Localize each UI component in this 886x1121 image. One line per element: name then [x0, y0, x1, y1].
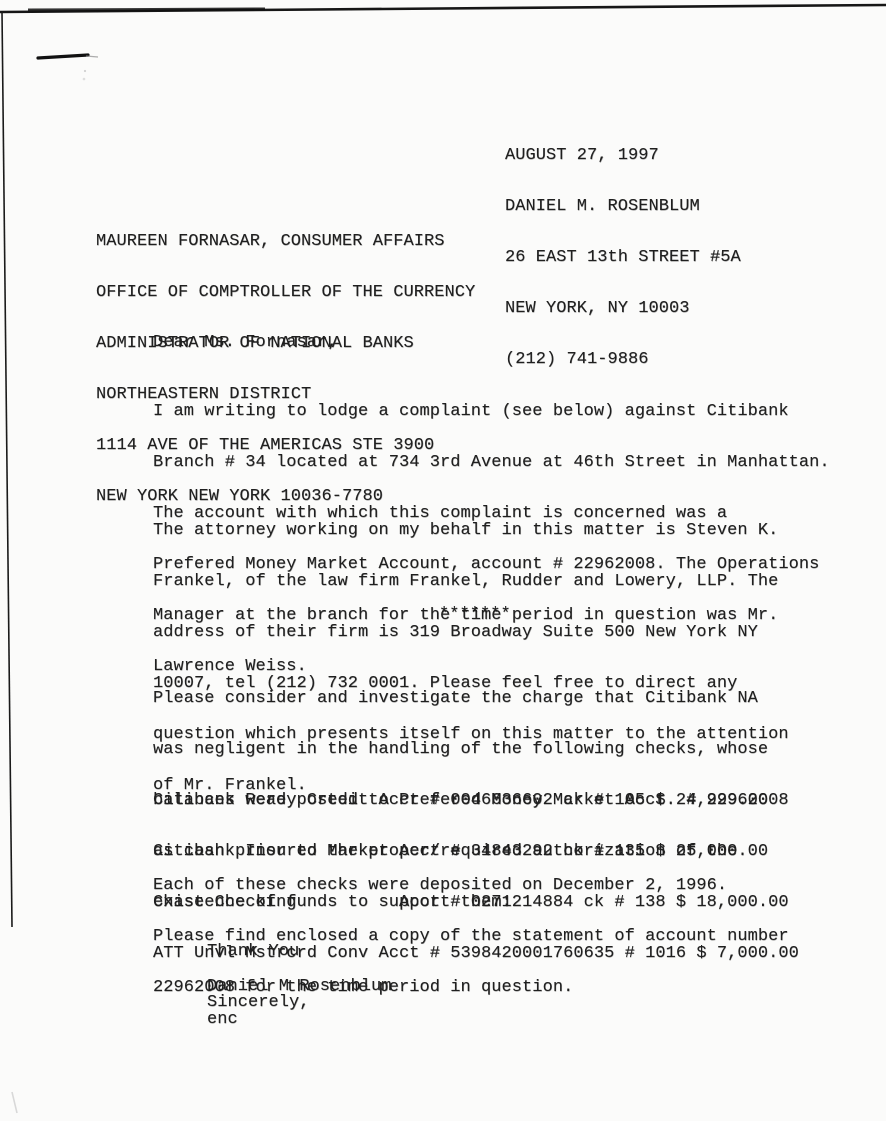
stray-dash-tail — [86, 56, 98, 57]
letter-body: AUGUST 27, 1997 DANIEL M. ROSENBLUM 26 E… — [0, 0, 886, 1121]
scan-top-edge-line — [0, 5, 886, 12]
scanned-letter-page: { "colors": { "paper": "#fbfbfa", "ink":… — [0, 0, 886, 1121]
asterisk-separator: ******* — [439, 606, 511, 623]
sender-street: 26 EAST 13th STREET #5A — [505, 249, 741, 266]
sender-city: NEW YORK, NY 10003 — [505, 300, 741, 317]
scan-top-edge-thick-segment — [28, 9, 265, 10]
sender-block: AUGUST 27, 1997 DANIEL M. ROSENBLUM 26 E… — [505, 113, 741, 402]
signature-name: Daniel M Rosenblum — [207, 978, 392, 995]
letter-line: The attorney working on my behalf in thi… — [153, 522, 789, 539]
letter-line: address of their firm is 319 Broadway Su… — [153, 624, 789, 641]
closing-sincerely: Sincerely, — [207, 994, 310, 1011]
scan-left-edge-line — [2, 12, 12, 927]
letter-line: Each of these checks were deposited on D… — [153, 877, 789, 894]
letter-line: I am writing to lodge a complaint (see b… — [153, 403, 830, 420]
salutation: Dear Ms. Fornasar, — [153, 334, 338, 351]
letter-line: Branch # 34 located at 734 3rd Avenue at… — [153, 454, 830, 471]
letter-line: was negligent in the handling of the fol… — [153, 741, 789, 758]
recipient-name: MAUREEN FORNASAR, CONSUMER AFFAIRS — [96, 233, 475, 250]
sender-name: DANIEL M. ROSENBLUM — [505, 198, 741, 215]
check-row: Citibank Ready Credit Acct # 0046636602 … — [153, 792, 799, 809]
closing-thanks: Thank You — [207, 943, 310, 960]
letter-line: Please consider and investigate the char… — [153, 690, 789, 707]
letter-line: Frankel, of the law firm Frankel, Rudder… — [153, 573, 789, 590]
stray-dot-1 — [84, 70, 86, 72]
date-line: AUGUST 27, 1997 — [505, 147, 741, 164]
enclosure-note: enc — [207, 1011, 238, 1028]
stray-dot-2 — [83, 78, 86, 81]
stray-dash-mark — [38, 55, 88, 58]
bottom-left-smudge — [12, 1092, 17, 1113]
recipient-office: OFFICE OF COMPTROLLER OF THE CURRENCY — [96, 284, 475, 301]
sender-phone: (212) 741-9886 — [505, 351, 741, 368]
